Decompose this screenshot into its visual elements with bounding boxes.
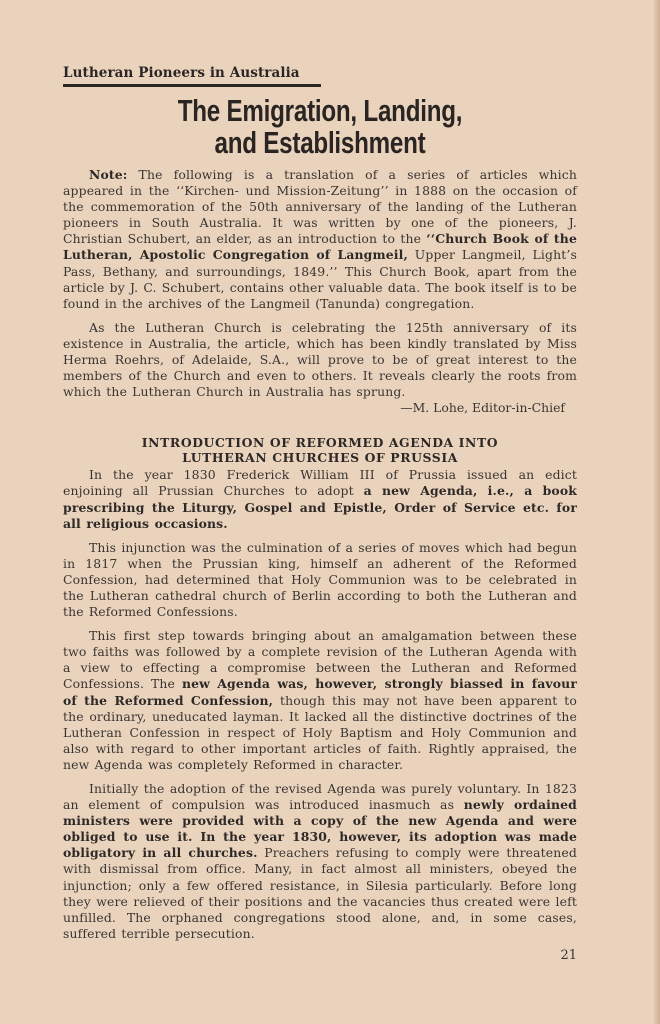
body-paragraph-1: In the year 1830 Frederick William III o…	[63, 467, 577, 531]
article-title: The Emigration, Landing, and Establishme…	[120, 95, 521, 159]
body-paragraph-3: This first step towards bringing about a…	[63, 628, 577, 773]
running-head: Lutheran Pioneers in Australia	[63, 65, 321, 87]
title-line-2: and Establishment	[120, 127, 521, 159]
intro-paragraph: As the Lutheran Church is celebrating th…	[63, 320, 577, 400]
editor-note: Note: The following is a translation of …	[63, 167, 577, 312]
note-label: Note:	[89, 167, 128, 182]
body-paragraph-2: This injunction was the culmination of a…	[63, 540, 577, 620]
page-number: 21	[63, 948, 577, 963]
section-heading: INTRODUCTION OF REFORMED AGENDA INTO LUT…	[63, 435, 577, 465]
page-edge	[654, 0, 660, 1024]
document-page: Lutheran Pioneers in Australia The Emigr…	[63, 62, 577, 963]
signature: —M. Lohe, Editor-in-Chief	[63, 400, 577, 416]
body-paragraph-4: Initially the adoption of the revised Ag…	[63, 781, 577, 942]
title-line-1: The Emigration, Landing,	[120, 95, 521, 127]
